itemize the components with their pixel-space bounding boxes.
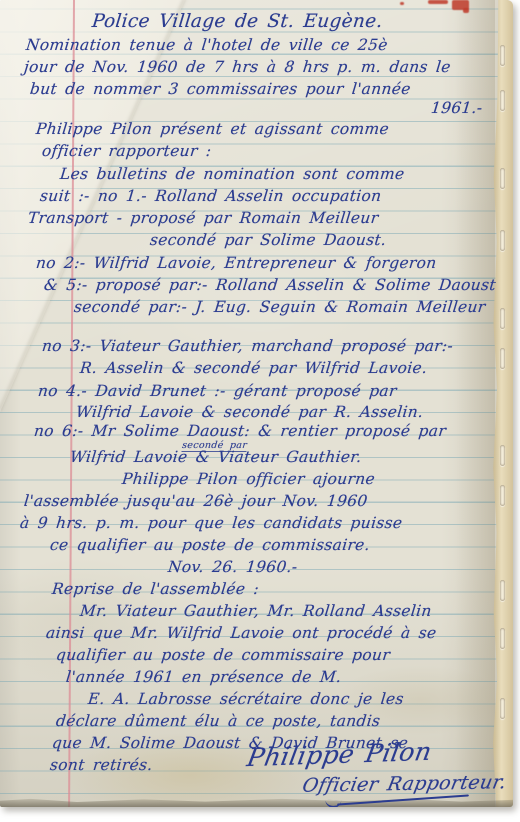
handwritten-line: Wilfrid Lavoie & Viateur Gauthier. [69, 449, 362, 466]
scanned-notebook-page: Police Village de St. Eugène. Nomination… [0, 0, 520, 822]
handwritten-line: Transport - proposé par Romain Meilleur [27, 210, 379, 227]
handwritten-line: suit :- no 1.- Rolland Asselin occupatio… [39, 188, 382, 205]
handwritten-line: R. Asselin & secondé par Wilfrid Lavoie. [79, 360, 428, 377]
red-edge-mark [428, 0, 448, 4]
signature-name: Philippe Pilon [245, 738, 434, 772]
handwritten-line: jour de Nov. 1960 de 7 hrs à 8 hrs p. m.… [23, 59, 452, 76]
handwritten-line: no 2:- Wilfrid Lavoie, Entrepreneur & fo… [35, 255, 437, 272]
stitch-hole [500, 628, 505, 649]
red-edge-mark [400, 2, 404, 5]
handwritten-line: l'assemblée jusqu'au 26è jour Nov. 1960 [23, 493, 368, 510]
handwritten-line: Mr. Viateur Gauthier, Mr. Rolland Asseli… [79, 603, 432, 620]
red-edge-mark [463, 8, 469, 13]
stitch-hole [500, 168, 505, 189]
stitch-hole [500, 445, 505, 466]
paper-sheet: Police Village de St. Eugène. Nomination… [0, 0, 513, 807]
handwritten-line: Philippe Pilon officier ajourne [121, 471, 376, 488]
handwritten-line: ainsi que Mr. Wilfrid Lavoie ont procédé… [45, 625, 437, 642]
handwritten-line: officier rapporteur : [41, 143, 212, 160]
stitch-hole [500, 698, 505, 719]
binding-shadow [455, 0, 495, 807]
handwritten-line: l'année 1961 en présence de M. [65, 669, 342, 686]
stitch-hole [500, 485, 505, 506]
handwritten-line: Nomination tenue à l'hotel de ville ce 2… [25, 37, 388, 54]
handwritten-line: Nov. 26. 1960.- [167, 559, 298, 576]
handwritten-line: sont retirés. [49, 757, 153, 774]
handwritten-line: no 4.- David Brunet :- gérant proposé pa… [37, 383, 397, 400]
handwritten-line: à 9 hrs. p. m. pour que les candidats pu… [19, 515, 403, 532]
handwritten-line: 1961.- [430, 100, 483, 117]
handwritten-line: Les bulletins de nomination sont comme [59, 166, 405, 183]
handwritten-line: E. A. Labrosse sécrétaire donc je les [87, 691, 404, 708]
page-title: Police Village de St. Eugène. [91, 12, 384, 32]
stitch-hole [500, 45, 505, 66]
signature-role: Officier Rapporteur. [301, 772, 509, 796]
handwritten-line: secondé par:- J. Eug. Seguin & Romain Me… [73, 299, 486, 316]
stitch-hole [500, 90, 505, 111]
handwritten-line: Reprise de l'assemblée : [51, 581, 260, 598]
handwritten-line: secondé par Solime Daoust. [149, 232, 387, 249]
handwritten-line: but de nommer 3 commissaires pour l'anné… [29, 81, 411, 98]
handwritten-line: Philippe Pilon présent et agissant comme [35, 121, 390, 138]
stitch-hole [500, 580, 505, 601]
stitch-hole [500, 308, 505, 329]
stitch-hole [500, 348, 505, 369]
handwritten-line: & 5:- proposé par:- Rolland Asselin & So… [43, 277, 497, 294]
handwritten-line: no 3:- Viateur Gauthier, marchand propos… [41, 338, 454, 355]
handwritten-line: déclare dûment élu à ce poste, tandis [55, 713, 381, 730]
handwritten-line: Wilfrid Lavoie & secondé par R. Asselin. [75, 404, 424, 421]
handwritten-line: qualifier au poste de commissaire pour [55, 647, 391, 664]
handwritten-line: ce qualifier au poste de commissaire. [49, 537, 371, 554]
stitch-hole [500, 230, 505, 251]
handwritten-line: no 6:- Mr Solime Daoust: & rentier propo… [33, 423, 447, 440]
